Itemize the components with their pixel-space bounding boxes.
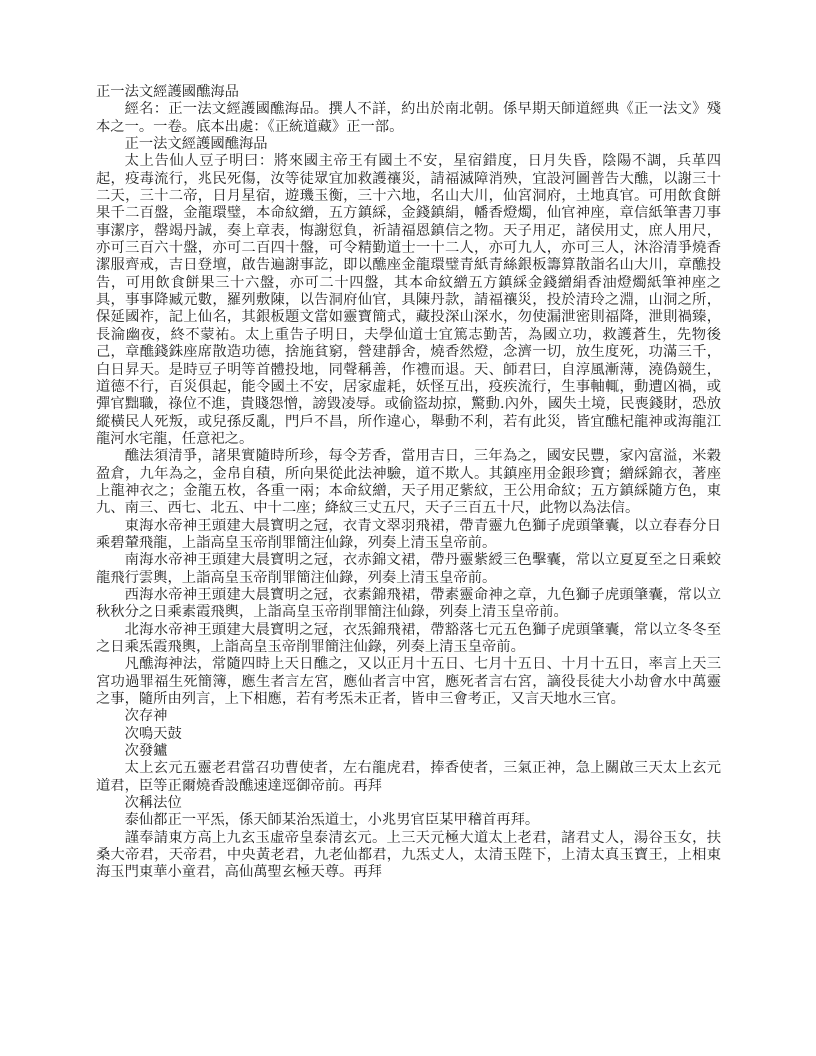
paragraph: 西海水帝神王頭建大晨寶明之冠，衣素錦飛裙，帶素靈命神之章，九色獅子虎頭肇囊，常以… — [96, 587, 721, 622]
paragraph: 泰仙都正一平炁，係天師某治炁道士，小兆男官臣某甲稽首再拜。 — [96, 812, 721, 829]
paragraph: 次稱法位 — [96, 795, 721, 812]
paragraph: 謹奉請東方高上九玄玉虛帝皇泰清玄元。上三天元極大道太上老君，諸君丈人，湯谷玉女，… — [96, 830, 721, 882]
document-page: 正一法文經護國醮海品經名：正一法文經護國醮海品。撰人不詳，約出於南北朝。係早期天… — [0, 0, 816, 1056]
paragraph: 太上告仙人豆子明曰：將來國主帝王有國土不安，星宿錯度，日月失昏，陰陽不調，兵革四… — [96, 153, 721, 448]
paragraph: 次發鑪 — [96, 743, 721, 760]
paragraph: 東海水帝神王頭建大晨寶明之冠，衣青文翠羽飛裙，帶青靈九色獅子虎頭肇囊，以立春春分… — [96, 518, 721, 553]
paragraph: 經名：正一法文經護國醮海品。撰人不詳，約出於南北朝。係早期天師道經典《正一法文》… — [96, 101, 721, 136]
document-title: 正一法文經護國醮海品 — [96, 84, 721, 101]
paragraph: 次存神 — [96, 708, 721, 725]
paragraph: 凡醮海神法，常隨四時上天日醮之，又以正月十五日、七月十五日、十月十五日，率言上天… — [96, 656, 721, 708]
paragraph: 正一法文經護國醮海品 — [96, 136, 721, 153]
paragraph: 太上玄元五靈老君當召功曹使者，左右龍虎君，捧香使者，三氣正神，急上關啟三天太上玄… — [96, 760, 721, 795]
document-body: 正一法文經護國醮海品經名：正一法文經護國醮海品。撰人不詳，約出於南北朝。係早期天… — [96, 84, 721, 882]
paragraph: 醮法須清爭，諸果實隨時所珍，每令芳香，當用吉日，三年為之，國安民豐，家內富溢，米… — [96, 448, 721, 517]
paragraph: 次鳴天鼓 — [96, 726, 721, 743]
paragraph: 南海水帝神王頭建大晨寶明之冠，衣赤錦文裙，帶丹靈紫綬三色擊囊，常以立夏夏至之日乘… — [96, 552, 721, 587]
paragraph: 北海水帝神王頭建大晨寶明之冠，衣炁錦飛裙，帶豁落七元五色獅子虎頭肇囊，常以立冬冬… — [96, 622, 721, 657]
